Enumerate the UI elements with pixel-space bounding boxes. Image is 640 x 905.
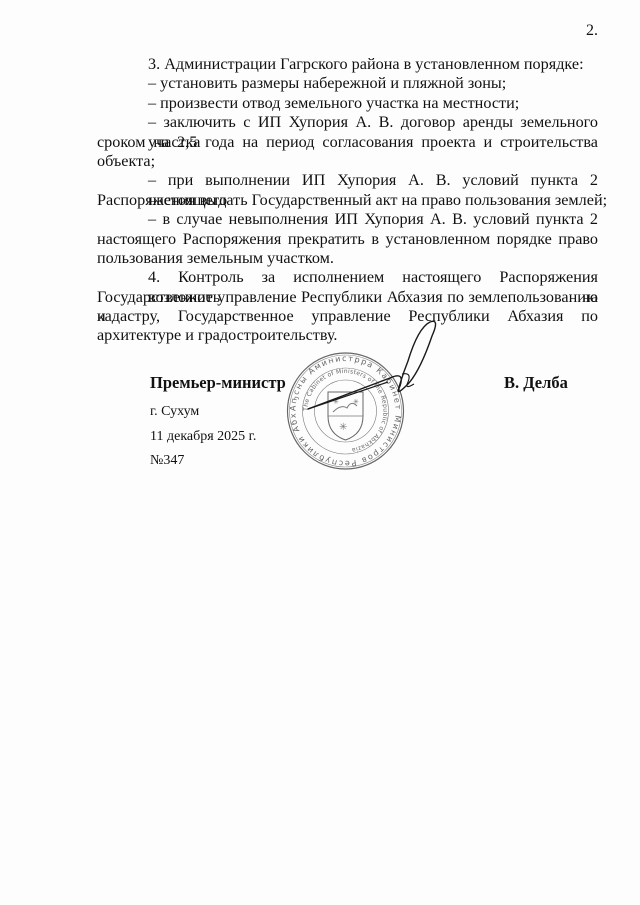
body-text: 3. Администрации Гагрского района в уста… bbox=[97, 55, 598, 346]
issue-date: 11 декабря 2025 г. bbox=[150, 429, 256, 445]
text-line: Государственное управление Республики Аб… bbox=[97, 288, 598, 307]
text-line: – в случае невыполнения ИП Хупория А. В.… bbox=[97, 210, 598, 229]
text-line: 3. Администрации Гагрского района в уста… bbox=[97, 55, 598, 74]
text-line: настоящего Распоряжения прекратить в уст… bbox=[97, 230, 598, 249]
text-line: 4. Контроль за исполнением настоящего Ра… bbox=[97, 268, 598, 287]
document-page: 2. 3. Администрации Гагрского района в у… bbox=[0, 0, 640, 905]
text-line: – установить размеры набережной и пляжно… bbox=[97, 74, 598, 93]
text-line: сроком на 2,5 года на период согласовани… bbox=[97, 133, 598, 152]
text-line: Распоряжения выдать Государственный акт … bbox=[97, 191, 598, 210]
signatory-name: В. Делба bbox=[504, 373, 568, 393]
text-line: объекта; bbox=[97, 152, 598, 171]
text-line: пользования земельным участком. bbox=[97, 249, 598, 268]
text-line: – при выполнении ИП Хупория А. В. услови… bbox=[97, 171, 598, 190]
document-number: №347 bbox=[150, 453, 184, 469]
issue-city: г. Сухум bbox=[150, 404, 199, 420]
signatory-title: Премьер-министр bbox=[150, 373, 286, 393]
text-line: – заключить с ИП Хупория А. В. договор а… bbox=[97, 113, 598, 132]
handwritten-signature bbox=[290, 316, 450, 436]
text-line: – произвести отвод земельного участка на… bbox=[97, 94, 598, 113]
page-number: 2. bbox=[586, 22, 598, 40]
